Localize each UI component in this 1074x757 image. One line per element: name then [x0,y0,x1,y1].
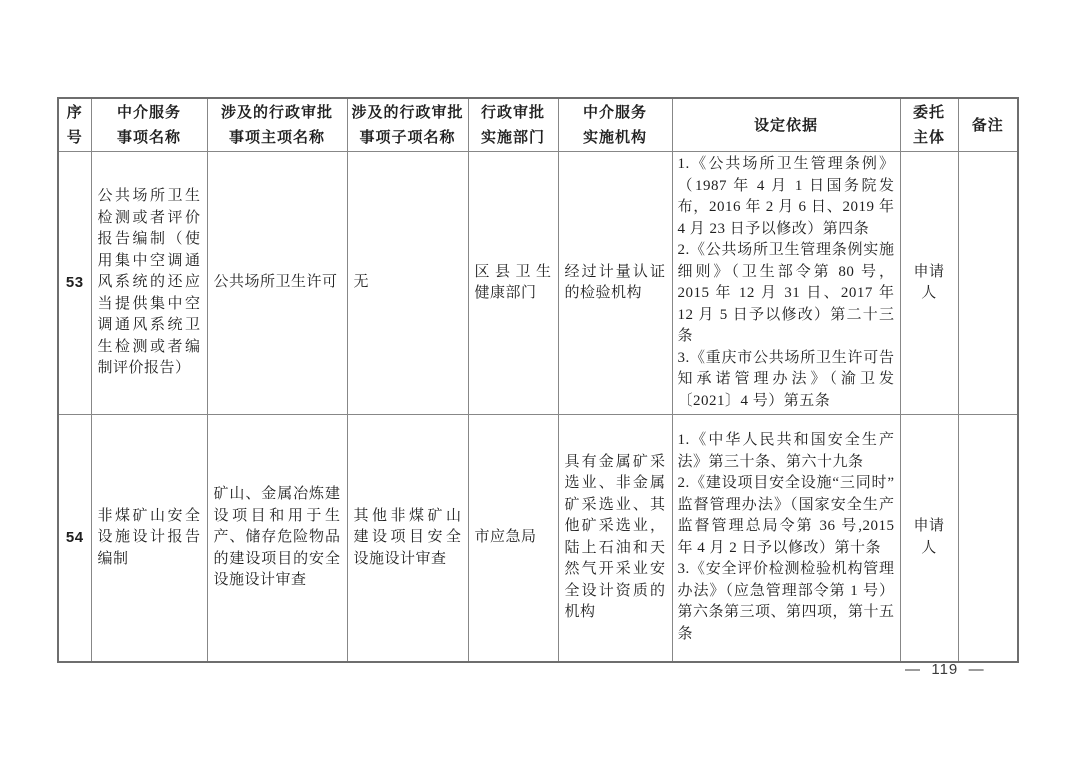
header-principal: 委托 主体 [900,98,958,152]
cell-basis: 1.《公共场所卫生管理条例》（1987 年 4 月 1 日国务院发布，2016 … [672,152,900,415]
table-header-row: 序 号 中介服务 事项名称 涉及的行政审批 事项主项名称 涉及的行政审批 事项子… [58,98,1018,152]
cell-approval-main-item: 矿山、金属冶炼建设项目和用于生产、储存危险物品的建设项目的安全设施设计审查 [207,415,347,662]
cell-approval-sub-item: 其他非煤矿山建设项目安全设施设计审查 [347,415,468,662]
cell-approval-department: 区县卫生健康部门 [468,152,558,415]
basis-item-1: 1.《中华人民共和国安全生产法》第三十条、第六十九条 [678,430,895,473]
basis-item-2: 2.《建设项目安全设施“三同时”监督管理办法》（国家安全生产监督管理总局令第 3… [678,473,895,559]
basis-item-1: 1.《公共场所卫生管理条例》（1987 年 4 月 1 日国务院发布，2016 … [678,154,895,240]
cell-principal: 申请人 [900,415,958,662]
header-approval-department: 行政审批 实施部门 [468,98,558,152]
cell-service-item-name: 非煤矿山安全设施设计报告编制 [91,415,207,662]
header-service-item-name: 中介服务 事项名称 [91,98,207,152]
cell-service-agency: 经过计量认证的检验机构 [558,152,672,415]
cell-service-item-name: 公共场所卫生检测或者评价报告编制（使用集中空调通风系统的还应当提供集中空调通风系… [91,152,207,415]
cell-approval-department: 市应急局 [468,415,558,662]
page-number: — 119 — [905,661,985,678]
cell-remark [958,152,1018,415]
basis-item-2: 2.《公共场所卫生管理条例实施细则》（卫生部令第 80 号，2015 年 12 … [678,240,895,348]
table-row-54: 54 非煤矿山安全设施设计报告编制 矿山、金属冶炼建设项目和用于生产、储存危险物… [58,415,1018,662]
table-row-53: 53 公共场所卫生检测或者评价报告编制（使用集中空调通风系统的还应当提供集中空调… [58,152,1018,415]
cell-principal: 申请人 [900,152,958,415]
intermediary-services-table: 序 号 中介服务 事项名称 涉及的行政审批 事项主项名称 涉及的行政审批 事项子… [57,97,1019,663]
cell-seq: 53 [58,152,91,415]
header-approval-main-item: 涉及的行政审批 事项主项名称 [207,98,347,152]
cell-basis: 1.《中华人民共和国安全生产法》第三十条、第六十九条 2.《建设项目安全设施“三… [672,415,900,662]
header-service-agency: 中介服务 实施机构 [558,98,672,152]
basis-item-3: 3.《安全评价检测检验机构管理办法》（应急管理部令第 1 号）第六条第三项、第四… [678,559,895,645]
cell-seq: 54 [58,415,91,662]
header-remark: 备注 [958,98,1018,152]
header-basis: 设定依据 [672,98,900,152]
document-page: 序 号 中介服务 事项名称 涉及的行政审批 事项主项名称 涉及的行政审批 事项子… [0,0,1074,757]
basis-item-3: 3.《重庆市公共场所卫生许可告知承诺管理办法》（渝卫发〔2021〕4 号）第五条 [678,348,895,413]
header-seq: 序 号 [58,98,91,152]
cell-approval-main-item: 公共场所卫生许可 [207,152,347,415]
cell-service-agency: 具有金属矿采选业、非金属矿采选业、其他矿采选业，陆上石油和天然气开采业安全设计资… [558,415,672,662]
cell-remark [958,415,1018,662]
cell-approval-sub-item: 无 [347,152,468,415]
header-approval-sub-item: 涉及的行政审批 事项子项名称 [347,98,468,152]
